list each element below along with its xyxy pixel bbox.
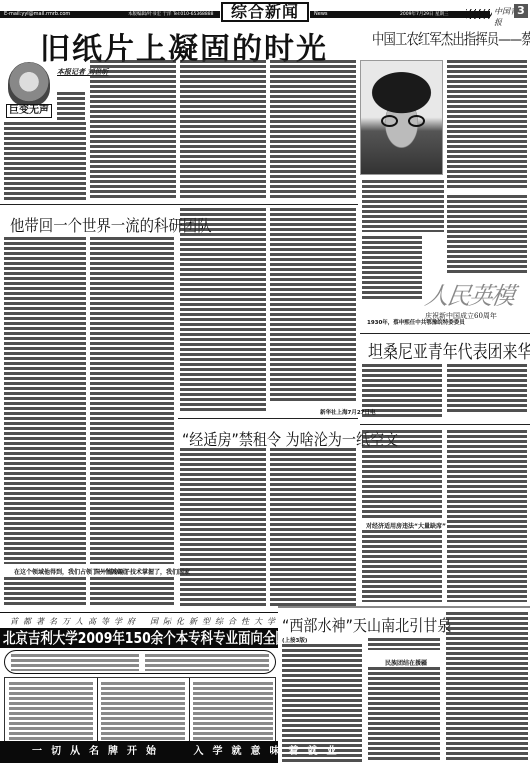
research-text-col2-end <box>90 577 174 605</box>
feature-text-col1 <box>4 122 86 200</box>
section-title: 综合新闻 <box>221 2 309 22</box>
ad-body-contacts <box>193 682 273 748</box>
water-text-col2-top <box>368 638 440 650</box>
masthead-email: E-mail:yyl@mail.rmrb.com <box>4 11 70 18</box>
feature-text-col2 <box>90 60 176 200</box>
tanzania-text-col2 <box>447 364 527 414</box>
center-dateline: 新华社上海7月27日电 <box>320 408 375 416</box>
housing-text-col1 <box>180 448 266 606</box>
water-headline: “西部水神”天山南北引甘泉 <box>282 613 451 636</box>
ad-highlights-right <box>145 654 269 671</box>
hero-logo-title: 人民英模 <box>423 282 527 310</box>
water-text-col2 <box>368 667 440 762</box>
cai-headline: 中国工农红军杰出指挥员——蔡申熙 <box>372 28 530 49</box>
feature-stamp: 巨变无声 <box>6 62 52 122</box>
ad-highlights-left <box>11 654 139 671</box>
ad-slogan-band: 一切从名牌开始 入学就意味着就业 <box>0 741 278 763</box>
ad-tagline-left: 首都著名万人高等学府 <box>10 616 140 627</box>
research-text-col1 <box>4 237 86 564</box>
center-text-col1 <box>180 208 266 413</box>
housing-text-col3b <box>362 530 442 602</box>
cai-text-col1 <box>447 60 527 190</box>
stamp-emblem-icon <box>8 62 50 106</box>
ad-highlights <box>4 650 276 674</box>
research-subhead-2: 国外能冷原子技术掌握了，我们国家 <box>94 567 190 576</box>
feature-text-col4 <box>270 60 356 200</box>
feature-text-intro <box>57 92 85 122</box>
section-english: News <box>314 11 328 18</box>
ad-body-col2 <box>101 682 185 748</box>
issue-date: 2009年7月29日 星期三 <box>400 11 448 18</box>
tanzania-headline: 坦桑尼亚青年代表团来华访问 <box>368 338 530 364</box>
cai-text-col3 <box>447 195 527 275</box>
ad-tagline-right: 国际化新型综合性大学 <box>150 616 280 627</box>
masthead: E-mail:yyl@mail.rmrb.com 本版编辑/叶书宏 于洋 Tel… <box>0 0 530 22</box>
divider-feature <box>0 204 358 205</box>
cai-text-col2 <box>362 180 444 232</box>
divider-water <box>278 606 530 608</box>
hero-logo-subtitle: 庆祝新中国成立60周年 <box>425 311 525 321</box>
ad-body-col1 <box>9 682 93 748</box>
divider-tanzania-bottom <box>360 424 530 425</box>
water-dateline: (上接3版) <box>282 636 307 644</box>
research-text-col2 <box>90 237 174 564</box>
water-text-col3 <box>446 612 528 762</box>
feature-text-col3 <box>180 60 266 200</box>
page-number: 3 <box>514 4 528 18</box>
glasses-icon <box>381 115 425 127</box>
ad-title-band: 北京吉利大学2009年150余个本专科专业面向全国招生 <box>0 628 278 648</box>
water-subhead: 民族团结在援疆 <box>385 658 427 667</box>
housing-text-col4 <box>447 430 527 602</box>
decorative-hatch <box>466 9 492 19</box>
center-text-col2 <box>270 208 356 403</box>
stamp-label: 巨变无声 <box>6 104 52 118</box>
ad-title: 北京吉利大学2009年150余个本专科专业面向全国招生 <box>3 628 278 648</box>
masthead-editor-info: 本版编辑/叶书宏 于洋 Tel:010-65368888 <box>128 11 214 18</box>
housing-text-col3 <box>362 430 442 520</box>
divider-tanzania-top <box>360 333 530 334</box>
housing-text-col2 <box>270 448 356 606</box>
hero-logo: 人民英模 庆祝新中国成立60周年 <box>425 282 525 321</box>
research-text-col1-end <box>4 577 86 605</box>
cai-text-col4 <box>362 236 422 300</box>
cai-portrait-photo <box>360 60 443 175</box>
divider-housing <box>178 418 358 419</box>
housing-subhead: 对经济适用房违法“大量缺席” <box>366 521 446 530</box>
ad-slogan-right: 入学就意味着就业 <box>193 746 345 757</box>
ad-slogan-left: 一切从名牌开始 <box>32 746 165 757</box>
